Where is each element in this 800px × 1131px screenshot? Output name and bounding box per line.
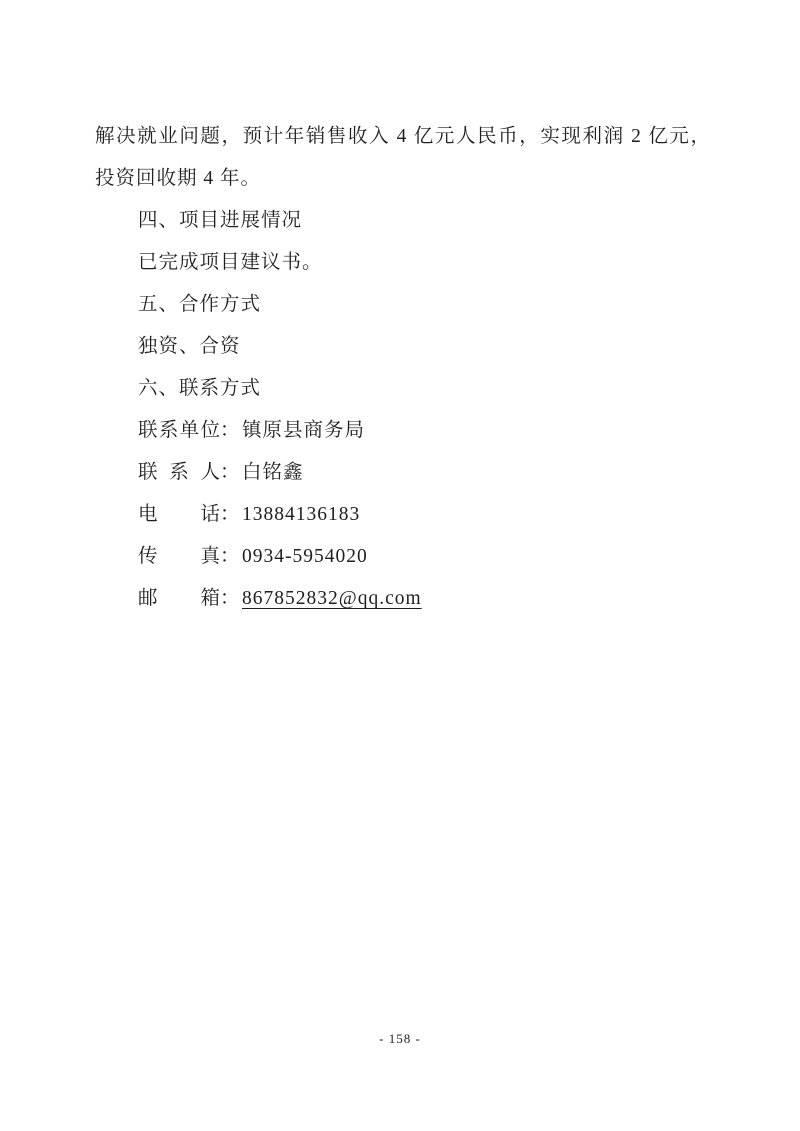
contact-row-email: 邮箱 ： 867852832@qq.com (95, 578, 711, 620)
page-number: - 158 - (0, 1031, 800, 1047)
contact-colon: ： (220, 452, 242, 494)
paragraph-line: 解决就业问题，预计年销售收入 4 亿元人民币，实现利润 2 亿元， (95, 116, 711, 158)
section-heading-6: 六、联系方式 (95, 368, 711, 410)
contact-label: 联系人 (138, 452, 220, 494)
section-heading-5: 五、合作方式 (95, 284, 711, 326)
contact-value: 镇原县商务局 (242, 410, 365, 452)
paragraph-line: 投资回收期 4 年。 (95, 158, 711, 200)
contact-value: 0934-5954020 (242, 536, 368, 578)
contact-row-unit: 联系单位 ： 镇原县商务局 (95, 410, 711, 452)
section-heading-4: 四、项目进展情况 (95, 200, 711, 242)
contact-label: 传真 (138, 536, 220, 578)
contact-row-person: 联系人 ： 白铭鑫 (95, 452, 711, 494)
section-body-text: 独资、合资 (95, 326, 711, 368)
contact-label: 邮箱 (138, 578, 220, 620)
contact-label: 联系单位 (138, 410, 220, 452)
email-link[interactable]: 867852832@qq.com (242, 578, 422, 620)
contact-value: 白铭鑫 (242, 452, 304, 494)
document-page: 解决就业问题，预计年销售收入 4 亿元人民币，实现利润 2 亿元， 投资回收期 … (0, 0, 800, 1131)
contact-colon: ： (220, 410, 242, 452)
contact-colon: ： (220, 536, 242, 578)
contact-row-phone: 电话 ： 13884136183 (95, 494, 711, 536)
contact-colon: ： (220, 494, 242, 536)
contact-row-fax: 传真 ： 0934-5954020 (95, 536, 711, 578)
contact-label: 电话 (138, 494, 220, 536)
contact-value: 13884136183 (242, 494, 360, 536)
document-content: 解决就业问题，预计年销售收入 4 亿元人民币，实现利润 2 亿元， 投资回收期 … (95, 116, 711, 620)
contact-colon: ： (220, 578, 242, 620)
section-body-text: 已完成项目建议书。 (95, 242, 711, 284)
